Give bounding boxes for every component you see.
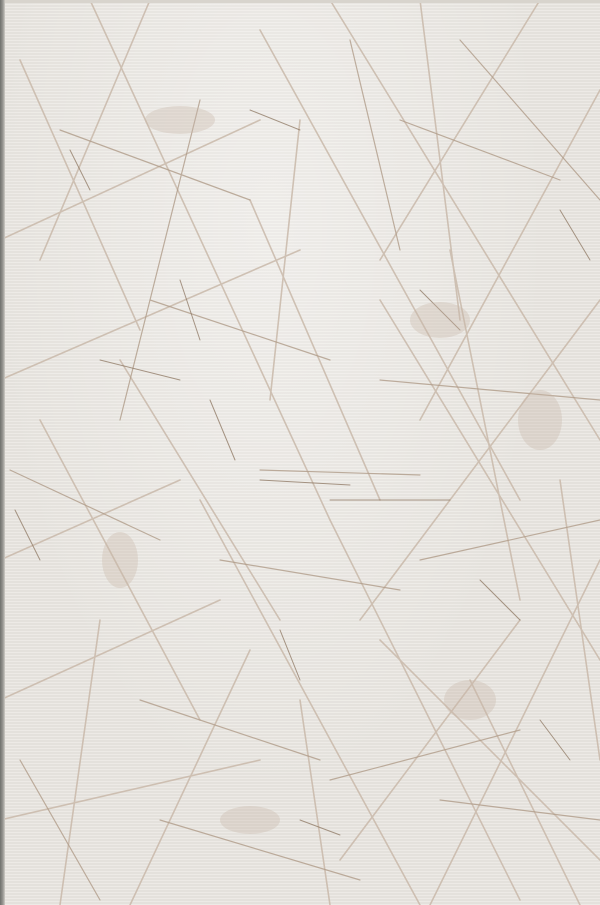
rug-photo xyxy=(0,0,600,905)
scratch-line-pattern xyxy=(0,0,600,905)
rug-top-edge xyxy=(0,0,600,3)
rug-side-binding xyxy=(0,0,5,905)
